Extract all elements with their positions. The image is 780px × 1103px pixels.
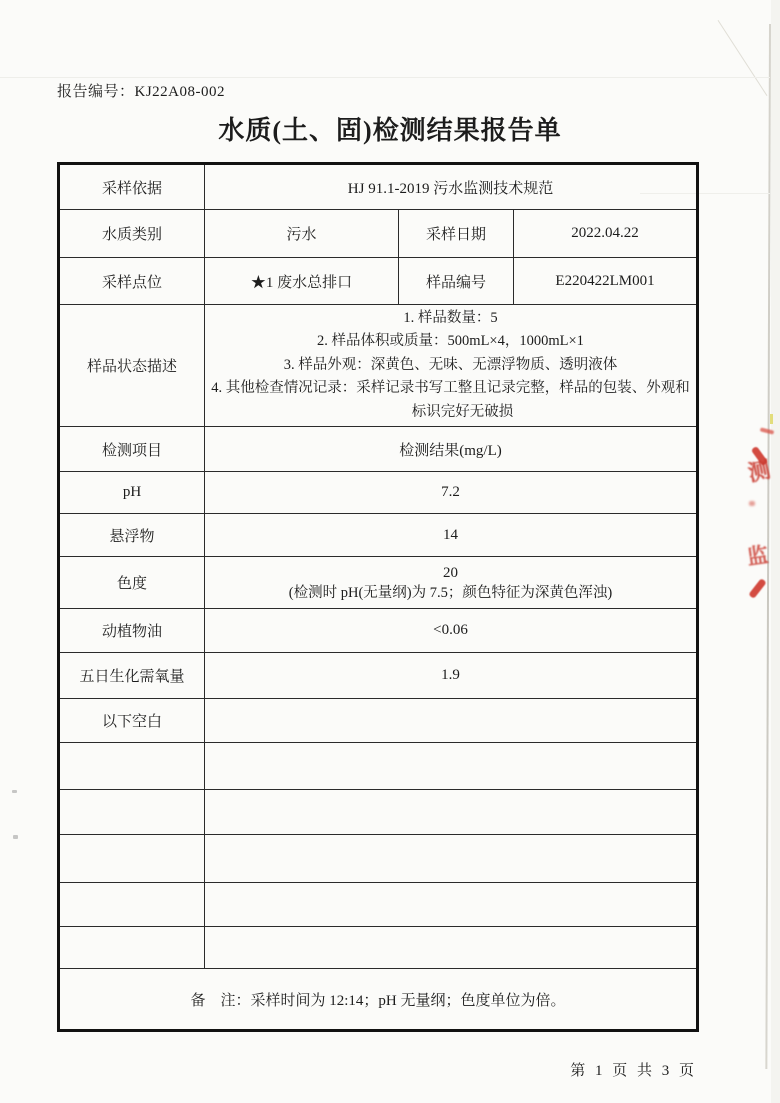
result-table: 采样依据 HJ 91.1-2019 污水监测技术规范 水质类别 污水 采样日期 … [57, 162, 699, 1032]
empty-row [59, 743, 698, 790]
sample-state-item: 1. 样品数量：5 [211, 307, 690, 330]
report-number-label: 报告编号： [57, 84, 135, 100]
report-number-value: KJ22A08-002 [135, 84, 226, 100]
row-result-oil: 动植物油 <0.06 [59, 609, 698, 653]
result-name: 五日生化需氧量 [59, 653, 205, 699]
result-note: (检测时 pH(无量纲)为 7.5；颜色特征为深黄色浑浊) [211, 584, 690, 604]
empty-value-cell [205, 883, 698, 927]
result-value: <0.06 [205, 609, 698, 653]
page-title: 水质(土、固)检测结果报告单 [0, 110, 780, 147]
result-name: 动植物油 [59, 609, 205, 653]
results-header-item: 检测项目 [59, 427, 205, 472]
row-result-ph: pH 7.2 [59, 472, 698, 514]
seal-arc-segment [748, 578, 766, 599]
row-sample-state: 样品状态描述 1. 样品数量：5 2. 样品体积或质量：500mL×4，1000… [59, 305, 698, 427]
empty-value-cell [205, 743, 698, 790]
page-number: 第 1 页 共 3 页 [570, 1059, 697, 1080]
remark-cell: 备 注：采样时间为 12:14；pH 无量纲；色度单位为倍。 [59, 969, 698, 1031]
scan-background-strip [771, 0, 780, 1103]
row-results-header: 检测项目 检测结果(mg/L) [59, 427, 698, 472]
sampling-point-label: 采样点位 [59, 258, 205, 305]
sample-state-item: 3. 样品外观：深黄色、无味、无漂浮物质、透明液体 [211, 354, 690, 377]
result-name: 以下空白 [59, 699, 205, 743]
sampling-date-value: 2022.04.22 [514, 210, 698, 258]
row-result-suspended-solids: 悬浮物 14 [59, 514, 698, 557]
empty-row [59, 835, 698, 883]
empty-label-cell [59, 790, 205, 835]
empty-label-cell [59, 883, 205, 927]
result-name: pH [59, 472, 205, 514]
empty-label-cell [59, 835, 205, 883]
empty-row [59, 927, 698, 969]
water-category-value: 污水 [205, 210, 399, 258]
scanned-report-page: 报告编号：KJ22A08-002 水质(土、固)检测结果报告单 采样依据 HJ … [0, 0, 780, 1103]
report-number-line: 报告编号：KJ22A08-002 [57, 80, 225, 101]
seal-ink-mark [749, 501, 755, 506]
scan-artifact-line [0, 77, 770, 78]
result-value: 14 [205, 514, 698, 557]
sample-state-item: 4. 其他检查情况记录：采样记录书写工整且记录完整，样品的包装、外观和标识完好无… [211, 377, 690, 424]
row-result-bod5: 五日生化需氧量 1.9 [59, 653, 698, 699]
empty-label-cell [59, 743, 205, 790]
scan-speck [13, 835, 18, 839]
sample-state-label: 样品状态描述 [59, 305, 205, 427]
results-header-value: 检测结果(mg/L) [205, 427, 698, 472]
sample-no-value: E220422LM001 [514, 258, 698, 305]
result-value-cell: 20 (检测时 pH(无量纲)为 7.5；颜色特征为深黄色浑浊) [205, 557, 698, 609]
result-value: 1.9 [205, 653, 698, 699]
result-value: 7.2 [205, 472, 698, 514]
result-value: 20 [211, 563, 690, 584]
result-name: 悬浮物 [59, 514, 205, 557]
empty-value-cell [205, 927, 698, 969]
row-blank-below: 以下空白 [59, 699, 698, 743]
sample-state-item: 2. 样品体积或质量：500mL×4，1000mL×1 [211, 330, 690, 353]
seal-arc-segment [751, 446, 768, 466]
result-value [205, 699, 698, 743]
sampling-basis-value: HJ 91.1-2019 污水监测技术规范 [205, 164, 698, 210]
sample-state-value-cell: 1. 样品数量：5 2. 样品体积或质量：500mL×4，1000mL×1 3.… [205, 305, 698, 427]
empty-row [59, 790, 698, 835]
empty-value-cell [205, 835, 698, 883]
sampling-basis-label: 采样依据 [59, 164, 205, 210]
sampling-date-label: 采样日期 [399, 210, 514, 258]
empty-label-cell [59, 927, 205, 969]
sample-no-label: 样品编号 [399, 258, 514, 305]
scan-edge-tick [770, 414, 773, 424]
row-result-chroma: 色度 20 (检测时 pH(无量纲)为 7.5；颜色特征为深黄色浑浊) [59, 557, 698, 609]
water-category-label: 水质类别 [59, 210, 205, 258]
row-sampling-point: 采样点位 ★1 废水总排口 样品编号 E220422LM001 [59, 258, 698, 305]
row-water-category: 水质类别 污水 采样日期 2022.04.22 [59, 210, 698, 258]
empty-row [59, 883, 698, 927]
scan-speck [12, 790, 17, 793]
sampling-point-value: ★1 废水总排口 [205, 258, 399, 305]
paper-corner-line [718, 20, 768, 96]
result-name: 色度 [59, 557, 205, 609]
row-remark: 备 注：采样时间为 12:14；pH 无量纲；色度单位为倍。 [59, 969, 698, 1031]
empty-value-cell [205, 790, 698, 835]
row-sampling-basis: 采样依据 HJ 91.1-2019 污水监测技术规范 [59, 164, 698, 210]
